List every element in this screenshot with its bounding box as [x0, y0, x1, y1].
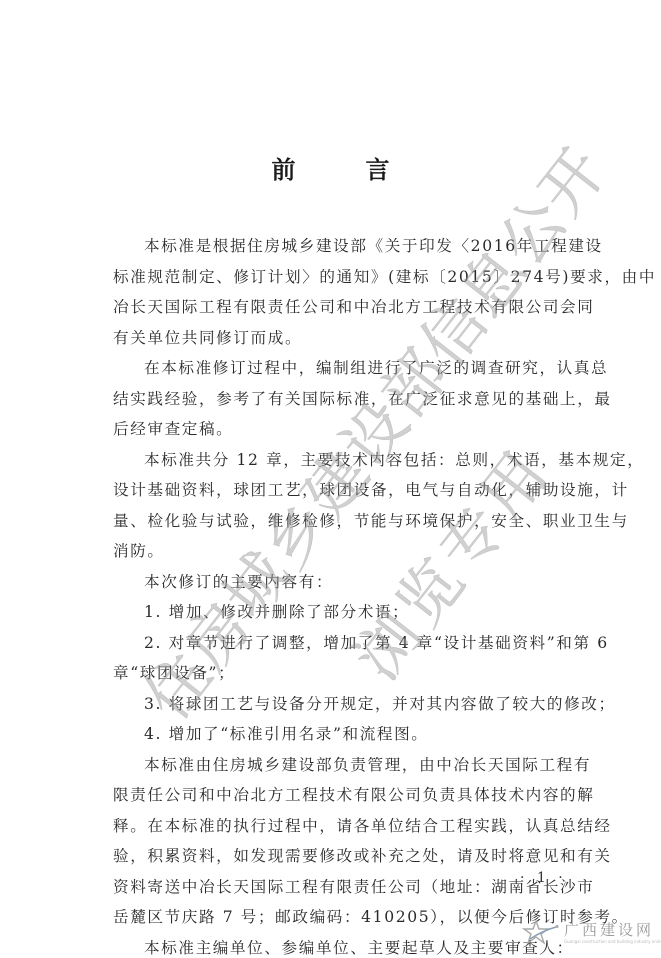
list-item-2: 2. 对章节进行了调整，增加了第 4 章“设计基础资料”和第 6 [113, 628, 585, 659]
text-line: 标准规范制定、修订计划〉的通知》(建标〔2015〕274号)要求，由中 [113, 262, 585, 293]
text-line: 限责任公司和中冶北方工程技术有限公司负责具体技术内容的解 [113, 780, 585, 811]
page-title: 前言 [0, 150, 661, 185]
text-line: 本标准是根据住房城乡建设部《关于印发〈2016年工程建设 [113, 231, 585, 262]
logo-subtitle: Guangxi construction and building indust… [564, 939, 661, 944]
text-line: 冶长天国际工程有限责任公司和中冶北方工程技术有限公司会同 [113, 292, 585, 323]
text-line: 本次修订的主要内容有： [113, 567, 585, 598]
text-line: 设计基础资料，球团工艺，球团设备，电气与自动化，辅助设施，计 [113, 475, 585, 506]
text-line: 在本标准修订过程中，编制组进行了广泛的调查研究，认真总 [113, 353, 585, 384]
text-line: 本标准由住房城乡建设部负责管理，由中冶长天国际工程有 [113, 750, 585, 781]
list-item-1: 1. 增加、修改并删除了部分术语； [113, 597, 585, 628]
title-char-1: 前 [272, 150, 296, 185]
text-line: 后经审查定稿。 [113, 414, 585, 445]
text-line: 验，积累资料，如发现需要修改或补充之处，请及时将意见和有关 [113, 841, 585, 872]
text-line: 本标准共分 12 章，主要技术内容包括：总则，术语，基本规定， [113, 445, 585, 476]
text-line: 岳麓区节庆路 7 号；邮政编码：410205），以便今后修订时参考。 [113, 902, 585, 933]
text-line: 量、检化验与试验，维修检修，节能与环境保护，安全、职业卫生与 [113, 506, 585, 537]
text-line: 释。在本标准的执行过程中，请各单位结合工程实践，认真总结经 [113, 811, 585, 842]
page-number: · 1 · [520, 870, 567, 886]
list-item-2-cont: 章“球团设备”； [113, 658, 585, 689]
star-logo-icon [522, 919, 560, 945]
text-line: 结实践经验，参考了有关国际标准，在广泛征求意见的基础上，最 [113, 384, 585, 415]
document-page: 前言 本标准是根据住房城乡建设部《关于印发〈2016年工程建设 标准规范制定、修… [0, 0, 661, 958]
preface-body: 本标准是根据住房城乡建设部《关于印发〈2016年工程建设 标准规范制定、修订计划… [113, 231, 585, 958]
list-item-3: 3. 将球团工艺与设备分开规定，并对其内容做了较大的修改； [113, 689, 585, 720]
list-item-4: 4. 增加了“标准引用名录”和流程图。 [113, 719, 585, 750]
text-line: 消防。 [113, 536, 585, 567]
text-line: 本标准主编单位、参编单位、主要起草人及主要审查人： [113, 933, 585, 958]
logo-name: 广西建设网 [564, 919, 654, 940]
text-line: 有关单位共同修订而成。 [113, 323, 585, 354]
text-line: 资料寄送中冶长天国际工程有限责任公司（地址：湖南省长沙市 [113, 872, 585, 903]
title-char-2: 言 [366, 150, 390, 185]
site-logo: 广西建设网 Guangxi construction and building … [522, 917, 658, 949]
